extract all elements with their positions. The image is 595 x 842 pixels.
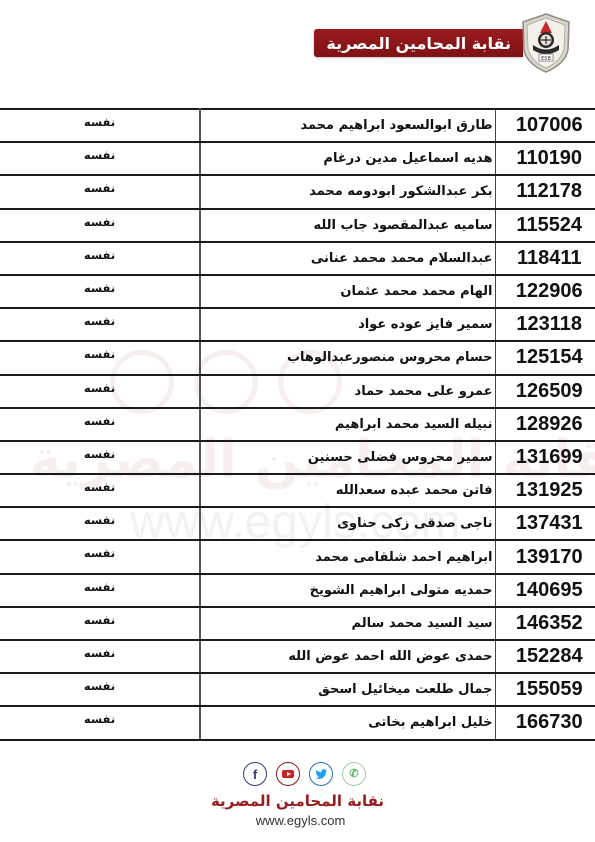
youtube-icon[interactable]	[276, 762, 300, 786]
membership-number: 110190	[495, 142, 595, 175]
member-status: نفسه	[0, 673, 200, 706]
member-name: فاتن محمد عبده سعدالله	[200, 474, 495, 507]
table-row: 166730خليل ابراهيم بخاتىنفسه	[0, 706, 595, 739]
membership-number: 139170	[495, 540, 595, 573]
member-status: نفسه	[0, 408, 200, 441]
membership-number: 166730	[495, 706, 595, 739]
member-name: حسام محروس منصورعبدالوهاب	[200, 341, 495, 374]
whatsapp-icon[interactable]: ✆	[342, 762, 366, 786]
member-status: نفسه	[0, 341, 200, 374]
table-row: 137431ناجى صدقى زكى حناوىنفسه	[0, 507, 595, 540]
member-name: جمال طلعت ميخائيل اسحق	[200, 673, 495, 706]
table-row: 126509عمرو على محمد حمادنفسه	[0, 375, 595, 408]
table-row: 131699سمير محروس فضلى حسنيننفسه	[0, 441, 595, 474]
member-name: الهام محمد محمد عثمان	[200, 275, 495, 308]
membership-number: 137431	[495, 507, 595, 540]
member-status: نفسه	[0, 540, 200, 573]
member-status: نفسه	[0, 507, 200, 540]
table-row: 155059جمال طلعت ميخائيل اسحقنفسه	[0, 673, 595, 706]
member-status: نفسه	[0, 706, 200, 739]
member-name: عبدالسلام محمد محمد عنانى	[200, 242, 495, 275]
table-row: 152284حمدى عوض الله احمد عوض اللهنفسه	[0, 640, 595, 673]
footer-org-name: نقابة المحامين المصرية	[0, 792, 595, 810]
membership-number: 131699	[495, 441, 595, 474]
member-name: طارق ابوالسعود ابراهيم محمد	[200, 109, 495, 142]
member-status: نفسه	[0, 209, 200, 242]
member-name: نبيله السيد محمد ابراهيم	[200, 408, 495, 441]
footer: f ✆ نقابة المحامين المصرية www.egyls.com	[0, 762, 595, 828]
member-status: نفسه	[0, 242, 200, 275]
table-row: 115524ساميه عبدالمقصود جاب اللهنفسه	[0, 209, 595, 242]
member-name: ابراهيم احمد شلقامى محمد	[200, 540, 495, 573]
member-status: نفسه	[0, 474, 200, 507]
membership-number: 122906	[495, 275, 595, 308]
table-row: 123118سمير فايز عوده عوادنفسه	[0, 308, 595, 341]
member-status: نفسه	[0, 607, 200, 640]
membership-number: 123118	[495, 308, 595, 341]
membership-number: 112178	[495, 175, 595, 208]
table-row: 139170ابراهيم احمد شلقامى محمدنفسه	[0, 540, 595, 573]
member-name: بكر عبدالشكور ابودومه محمد	[200, 175, 495, 208]
table-row: 131925فاتن محمد عبده سعداللهنفسه	[0, 474, 595, 507]
svg-text:ESB: ESB	[541, 56, 551, 62]
member-status: نفسه	[0, 109, 200, 142]
member-status: نفسه	[0, 441, 200, 474]
member-name: سيد السيد محمد سالم	[200, 607, 495, 640]
membership-number: 146352	[495, 607, 595, 640]
footer-website-link[interactable]: www.egyls.com	[6, 813, 595, 828]
membership-number: 107006	[495, 109, 595, 142]
member-name: هديه اسماعيل مدين درغام	[200, 142, 495, 175]
member-name: ساميه عبدالمقصود جاب الله	[200, 209, 495, 242]
membership-number: 118411	[495, 242, 595, 275]
member-name: خليل ابراهيم بخاتى	[200, 706, 495, 739]
member-status: نفسه	[0, 175, 200, 208]
member-name: سمير فايز عوده عواد	[200, 308, 495, 341]
membership-number: 131925	[495, 474, 595, 507]
membership-number: 155059	[495, 673, 595, 706]
table-row: 118411عبدالسلام محمد محمد عنانىنفسه	[0, 242, 595, 275]
twitter-icon[interactable]	[309, 762, 333, 786]
syndicate-badge-icon: ESB	[519, 12, 573, 74]
member-name: حمديه متولى ابراهيم الشويخ	[200, 574, 495, 607]
member-name: عمرو على محمد حماد	[200, 375, 495, 408]
membership-number: 125154	[495, 341, 595, 374]
table-row: 125154حسام محروس منصورعبدالوهابنفسه	[0, 341, 595, 374]
table-row: 140695حمديه متولى ابراهيم الشويخنفسه	[0, 574, 595, 607]
member-status: نفسه	[0, 142, 200, 175]
member-status: نفسه	[0, 574, 200, 607]
table-row: 110190هديه اسماعيل مدين درغامنفسه	[0, 142, 595, 175]
table-row: 146352سيد السيد محمد سالمنفسه	[0, 607, 595, 640]
member-name: ناجى صدقى زكى حناوى	[200, 507, 495, 540]
membership-number: 126509	[495, 375, 595, 408]
org-name-banner: نقابة المحامين المصرية	[314, 29, 523, 57]
table-row: 122906الهام محمد محمد عثماننفسه	[0, 275, 595, 308]
member-name: سمير محروس فضلى حسنين	[200, 441, 495, 474]
table-row: 112178بكر عبدالشكور ابودومه محمدنفسه	[0, 175, 595, 208]
member-status: نفسه	[0, 375, 200, 408]
member-name: حمدى عوض الله احمد عوض الله	[200, 640, 495, 673]
membership-number: 152284	[495, 640, 595, 673]
header-logo: نقابة المحامين المصرية ESB	[314, 12, 573, 74]
youtube-play-icon	[282, 770, 294, 778]
twitter-bird-icon	[315, 769, 328, 780]
membership-number: 140695	[495, 574, 595, 607]
member-status: نفسه	[0, 275, 200, 308]
members-table: 107006طارق ابوالسعود ابراهيم محمدنفسه110…	[0, 108, 595, 741]
membership-number: 128926	[495, 408, 595, 441]
table-row: 128926نبيله السيد محمد ابراهيمنفسه	[0, 408, 595, 441]
member-status: نفسه	[0, 308, 200, 341]
social-links: f ✆	[14, 762, 595, 786]
membership-number: 115524	[495, 209, 595, 242]
member-status: نفسه	[0, 640, 200, 673]
facebook-icon[interactable]: f	[243, 762, 267, 786]
table-body: 107006طارق ابوالسعود ابراهيم محمدنفسه110…	[0, 109, 595, 740]
table-row: 107006طارق ابوالسعود ابراهيم محمدنفسه	[0, 109, 595, 142]
